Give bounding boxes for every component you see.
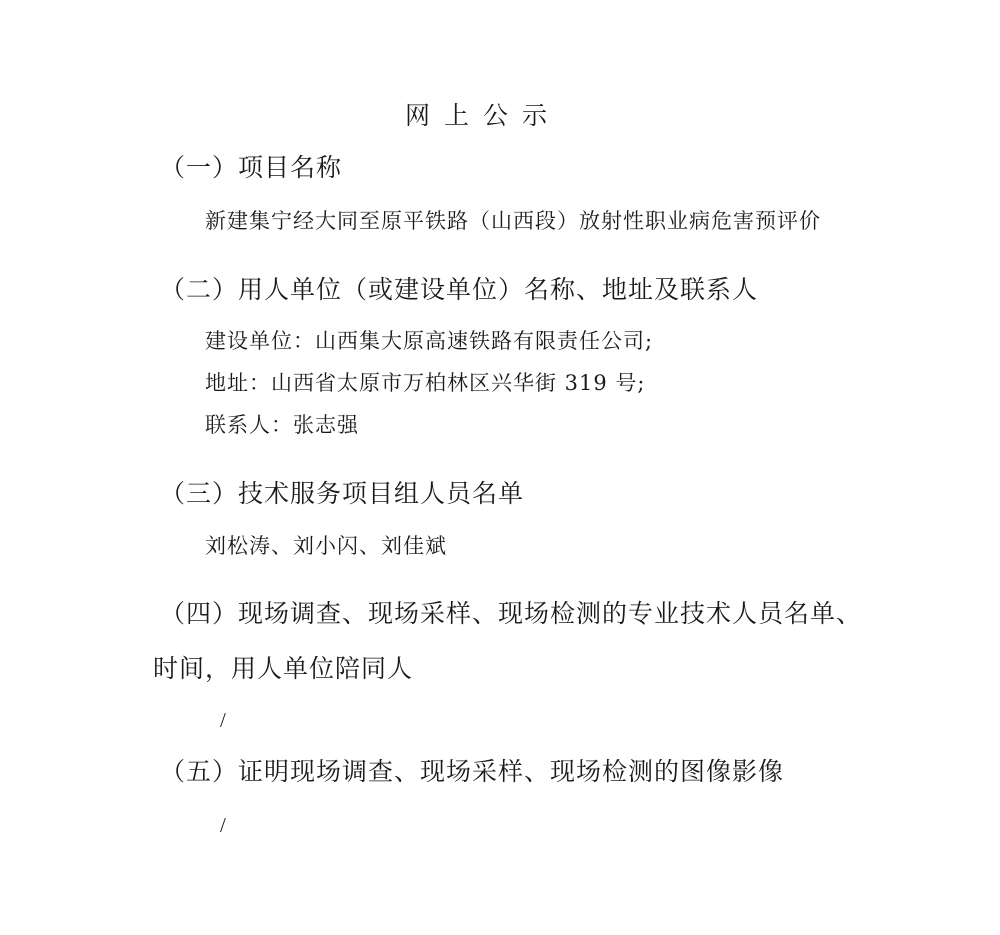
section-heading-project-name: （一）项目名称	[160, 148, 342, 188]
address-text: 地址：山西省太原市万柏林区兴华街 319 号;	[205, 366, 646, 400]
images-placeholder: /	[220, 808, 226, 842]
team-members-text: 刘松涛、刘小闪、刘佳斌	[205, 529, 447, 563]
section-heading-employer: （二）用人单位（或建设单位）名称、地址及联系人	[160, 270, 758, 310]
field-staff-placeholder: /	[220, 703, 226, 737]
section-heading-field-staff-line1: （四）现场调查、现场采样、现场检测的专业技术人员名单、	[160, 594, 862, 634]
project-name-text: 新建集宁经大同至原平铁路（山西段）放射性职业病危害预评价	[205, 204, 821, 238]
construction-unit-text: 建设单位：山西集大原高速铁路有限责任公司;	[205, 324, 653, 358]
section-heading-team-members: （三）技术服务项目组人员名单	[160, 474, 524, 514]
section-heading-images: （五）证明现场调查、现场采样、现场检测的图像影像	[160, 752, 784, 792]
page-title: 网上公示	[0, 96, 966, 136]
section-heading-field-staff-line2: 时间，用人单位陪同人	[153, 649, 413, 689]
contact-person-text: 联系人：张志强	[205, 408, 359, 442]
